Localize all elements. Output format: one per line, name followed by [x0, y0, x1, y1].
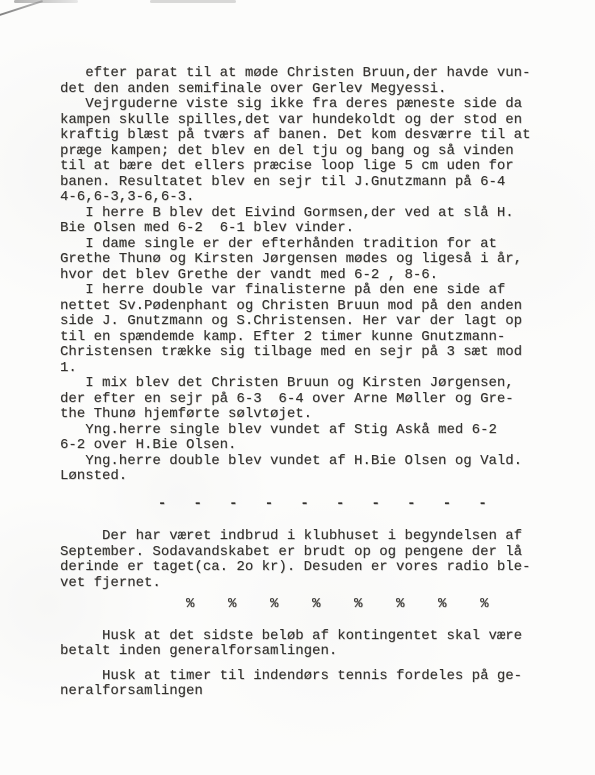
typewritten-line: side J. Gnutzmann og S.Christensen. Her …: [60, 314, 560, 330]
typewritten-line: Yng.herre single blev vundet af Stig Ask…: [60, 423, 560, 439]
typewritten-line: 4-6,6-3,3-6,6-3.: [60, 190, 560, 206]
typewritten-line: 6-2 over H.Bie Olsen.: [60, 438, 560, 454]
typewritten-line: Yng.herre double blev vundet af H.Bie Ol…: [60, 454, 560, 470]
typewritten-line: 1.: [60, 361, 560, 377]
typewritten-line: Bie Olsen med 6-2 6-1 blev vinder.: [60, 221, 560, 237]
typewritten-line: nettet Sv.Pødenphant og Christen Bruun m…: [60, 299, 560, 315]
scanned-document-page: efter parat til at møde Christen Bruun,d…: [0, 0, 595, 775]
typewritten-line: September. Sodavandskabet er brudt op og…: [60, 545, 560, 561]
typewritten-line: efter parat til at møde Christen Bruun,d…: [60, 66, 560, 82]
typewritten-line: det den anden semifinale over Gerlev Meg…: [60, 82, 560, 98]
scan-artifact-corner-line: [0, 0, 43, 20]
membership-fee-reminder-section: Husk at det sidste beløb af kontingentet…: [60, 629, 560, 660]
typewritten-line: Christensen trække sig tilbage med en se…: [60, 345, 560, 361]
typewritten-line: derinde er taget(ca. 2o kr). Desuden er …: [60, 560, 560, 576]
typewritten-line: Husk at det sidste beløb af kontingentet…: [60, 629, 560, 645]
typewritten-line: Grethe Thunø og Kirsten Jørgensen mødes …: [60, 252, 560, 268]
typewritten-line: præge kampen; det blev en del tju og ban…: [60, 144, 560, 160]
dashed-separator: - - - - - - - - - -: [60, 497, 560, 513]
typewritten-line: neralforsamlingen: [60, 684, 560, 700]
typewritten-line: I mix blev det Christen Bruun og Kirsten…: [60, 376, 560, 392]
burglary-notice-section: Der har været indbrud i klubhuset i begy…: [60, 529, 560, 591]
typewritten-line: I herre double var finalisterne på den e…: [60, 283, 560, 299]
typewritten-text-block: efter parat til at møde Christen Bruun,d…: [60, 66, 560, 700]
typewritten-line: banen. Resultatet blev en sejr til J.Gnu…: [60, 175, 560, 191]
typewritten-line: kampen skulle spilles,det var hundekoldt…: [60, 113, 560, 129]
scan-artifact-top-smudge: [14, 0, 78, 3]
scan-artifact-top-smudge-2: [150, 0, 236, 3]
typewritten-line: I herre B blev det Eivind Gormsen,der ve…: [60, 206, 560, 222]
typewritten-line: I dame single er der efterhånden traditi…: [60, 237, 560, 253]
typewritten-line: Vejrguderne viste sig ikke fra deres pæn…: [60, 97, 560, 113]
typewritten-line: the Thunø hjemførte sølvtøjet.: [60, 407, 560, 423]
typewritten-line: betalt inden generalforsamlingen.: [60, 644, 560, 660]
typewritten-line: Husk at timer til indendørs tennis forde…: [60, 669, 560, 685]
typewritten-line: til en spændemde kamp. Efter 2 timer kun…: [60, 330, 560, 346]
typewritten-line: kraftig blæst på tværs af banen. Det kom…: [60, 128, 560, 144]
typewritten-line: vet fjernet.: [60, 576, 560, 592]
indoor-tennis-reminder-section: Husk at timer til indendørs tennis forde…: [60, 669, 560, 700]
typewritten-line: Der har været indbrud i klubhuset i begy…: [60, 529, 560, 545]
typewritten-line: Lønsted.: [60, 469, 560, 485]
tournament-report-section: efter parat til at møde Christen Bruun,d…: [60, 66, 560, 485]
typewritten-line: til at bære det ellers præcise loop lige…: [60, 159, 560, 175]
typewritten-line: hvor det blev Grethe der vandt med 6-2 ,…: [60, 268, 560, 284]
typewritten-line: der efter en sejr på 6-3 6-4 over Arne M…: [60, 392, 560, 408]
percent-divider-row: % % % % % % % %: [60, 597, 560, 613]
